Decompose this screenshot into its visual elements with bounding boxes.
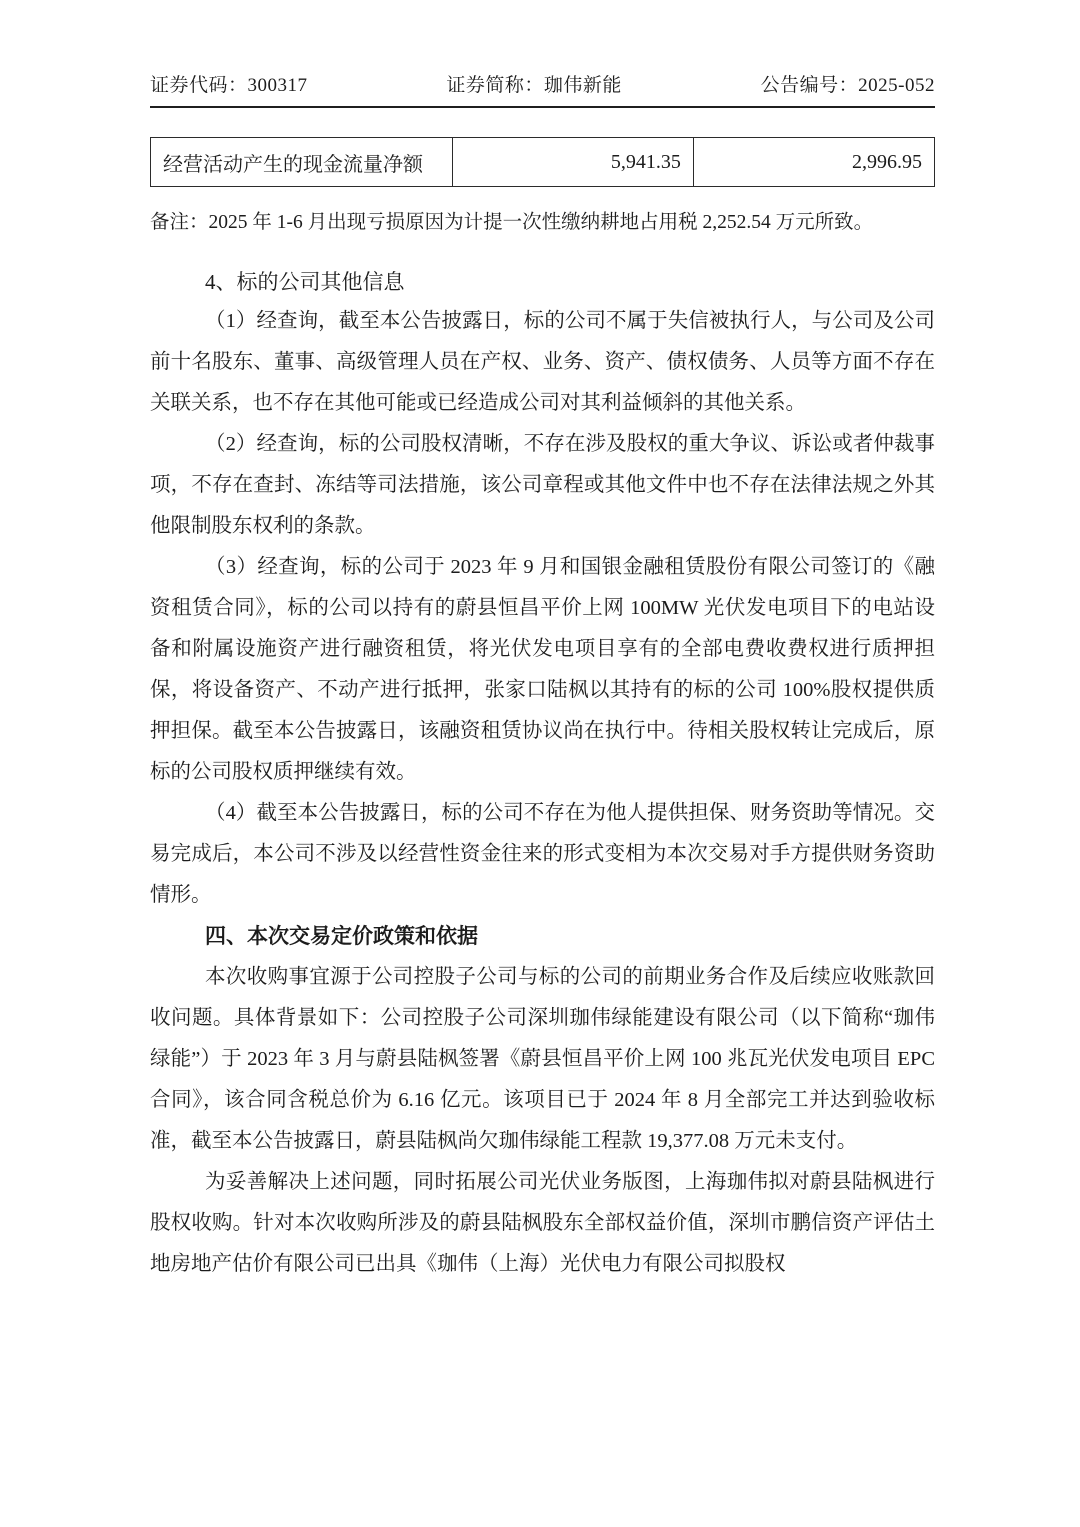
section-pricing-title: 四、本次交易定价政策和依据	[150, 916, 935, 957]
section-4-paragraph-4: （4）截至本公告披露日，标的公司不存在为他人提供担保、财务资助等情况。交易完成后…	[150, 793, 935, 916]
table-row: 经营活动产生的现金流量净额 5,941.35 2,996.95	[151, 138, 935, 187]
section-4-paragraph-2: （2）经查询，标的公司股权清晰，不存在涉及股权的重大争议、诉讼或者仲裁事项，不存…	[150, 424, 935, 547]
section-4-title: 4、标的公司其他信息	[150, 268, 935, 296]
row-label-cell: 经营活动产生的现金流量净额	[151, 138, 453, 187]
current-period-value-cell: 5,941.35	[452, 138, 693, 187]
section-pricing-paragraph-2: 为妥善解决上述问题，同时拓展公司光伏业务版图，上海珈伟拟对蔚县陆枫进行股权收购。…	[150, 1162, 935, 1285]
section-pricing-paragraph-1: 本次收购事宜源于公司控股子公司与标的公司的前期业务合作及后续应收账款回收问题。具…	[150, 957, 935, 1162]
section-4-paragraph-3: （3）经查询，标的公司于 2023 年 9 月和国银金融租赁股份有限公司签订的《…	[150, 547, 935, 793]
stock-code: 证券代码：300317	[150, 70, 308, 97]
prior-period-value-cell: 2,996.95	[693, 138, 934, 187]
doc-header: 证券代码：300317 证券简称：珈伟新能 公告编号：2025-052	[150, 70, 935, 97]
section-4-paragraph-1: （1）经查询，截至本公告披露日，标的公司不属于失信被执行人，与公司及公司前十名股…	[150, 301, 935, 424]
financial-table: 经营活动产生的现金流量净额 5,941.35 2,996.95	[150, 137, 935, 187]
announcement-number: 公告编号：2025-052	[761, 70, 935, 97]
stock-name: 证券简称：珈伟新能	[446, 70, 622, 97]
header-rule	[150, 106, 935, 108]
note-text: 备注：2025 年 1-6 月出现亏损原因为计提一次性缴纳耕地占用税 2,252…	[150, 211, 935, 235]
announcement-page: 证券代码：300317 证券简称：珈伟新能 公告编号：2025-052 经营活动…	[0, 0, 1080, 1527]
